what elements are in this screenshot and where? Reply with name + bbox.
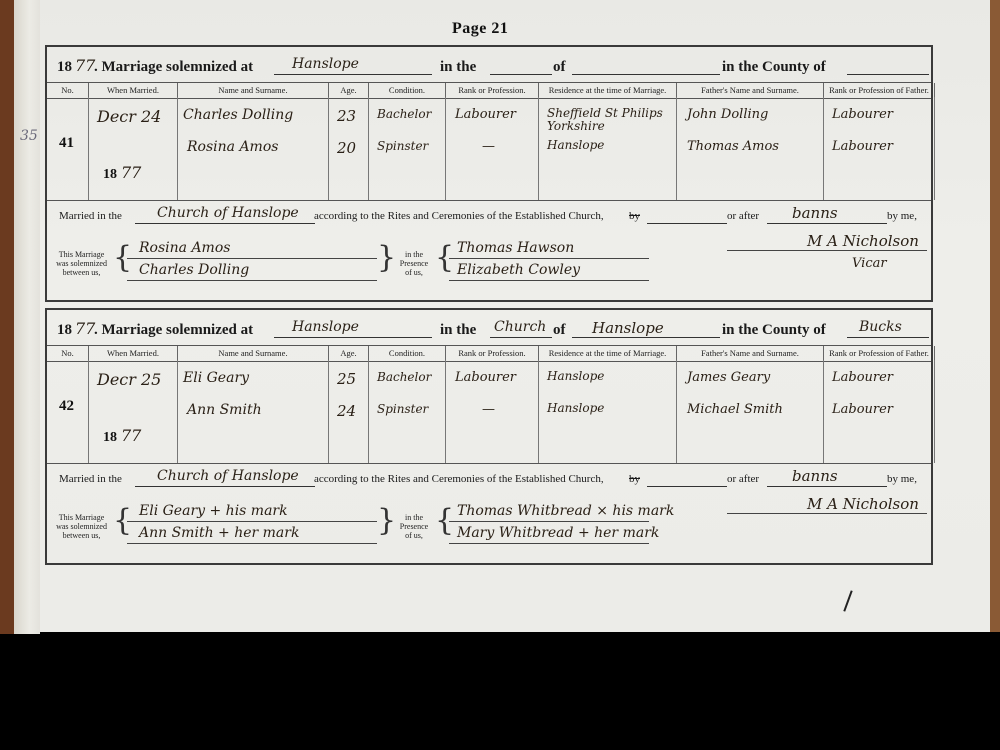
presence-label: in thePresenceof us, (394, 250, 434, 277)
column-header: When Married. (89, 346, 178, 361)
officiant-signature: M A Nicholson (807, 495, 919, 513)
year-suffix: 77 (75, 56, 95, 75)
signature-witness: Thomas Whitbread × his mark (457, 503, 674, 519)
solemnized-label: . Marriage solemnized at (94, 322, 253, 339)
column-header: Father's Name and Surname. (677, 83, 824, 98)
when-married: Decr 24 (97, 107, 161, 126)
county-label: in the County of (722, 322, 826, 339)
of-label: of (553, 322, 566, 339)
father-rank: Labourer (832, 402, 893, 417)
person-residence: Hanslope (547, 139, 675, 152)
signature-witness: Elizabeth Cowley (457, 262, 580, 278)
column-header: Condition. (369, 346, 446, 361)
by-me-label: by me, (887, 473, 917, 485)
page-edge (990, 0, 1000, 632)
year-prefix: 18 (57, 59, 72, 76)
signature-couple: Rosina Amos (139, 240, 230, 256)
entry-rows: 42Decr 251877Eli Geary25BachelorLabourer… (47, 360, 931, 464)
column-header: Age. (329, 83, 369, 98)
when-year-suffix: 77 (121, 426, 141, 445)
year-prefix: 18 (57, 322, 72, 339)
person-condition: Bachelor (377, 107, 431, 121)
in-the-value: Church (494, 319, 546, 335)
column-header: Residence at the time of Marriage. (539, 346, 677, 361)
person-condition: Spinster (377, 139, 428, 153)
column-header: Residence at the time of Marriage. (539, 83, 677, 98)
signature-couple: Charles Dolling (139, 262, 249, 278)
margin-note: 35 (20, 128, 38, 144)
person-rank: Labourer (455, 107, 516, 122)
when-year-prefix: 18 (103, 430, 117, 446)
signature-witness: Mary Whitbread + her mark (457, 525, 659, 541)
banns-value: banns (792, 467, 838, 485)
person-age: 25 (337, 370, 356, 388)
officiant-title: Vicar (852, 256, 887, 271)
column-header: Father's Name and Surname. (677, 346, 824, 361)
county-value: Bucks (859, 319, 902, 335)
signature-couple: Eli Geary + his mark (139, 503, 288, 519)
or-after-label: or after (727, 210, 759, 222)
column-header: Rank or Profession of Father. (824, 346, 935, 361)
person-age: 20 (337, 139, 356, 157)
father-name: John Dolling (687, 107, 768, 122)
father-rank: Labourer (832, 139, 893, 154)
banns-value: banns (792, 204, 838, 222)
signature-block: This Marriagewas solemnizedbetween us,{R… (47, 228, 931, 302)
person-rank: — (482, 402, 495, 417)
entry-header: 1877. Marriage solemnized atHanslopein t… (47, 310, 931, 345)
solemnized-between-label: This Marriagewas solemnizedbetween us, (49, 513, 114, 540)
person-condition: Spinster (377, 402, 428, 416)
person-rank: — (482, 139, 495, 154)
person-name: Ann Smith (187, 402, 262, 418)
solemnized-between-label: This Marriagewas solemnizedbetween us, (49, 250, 114, 277)
page-title: Page 21 (452, 20, 508, 38)
entry-number: 41 (59, 135, 74, 152)
of-value: Hanslope (592, 319, 664, 337)
person-name: Charles Dolling (183, 107, 293, 123)
column-header: Rank or Profession. (446, 83, 539, 98)
book-gutter (14, 0, 40, 634)
place-value: Hanslope (292, 319, 359, 335)
signature-witness: Thomas Hawson (457, 240, 574, 256)
marriage-entry: 1877. Marriage solemnized atHanslopein t… (45, 308, 933, 565)
signature-block: This Marriagewas solemnizedbetween us,{E… (47, 491, 931, 565)
entry-header: 1877. Marriage solemnized atHanslopein t… (47, 47, 931, 82)
presence-label: in thePresenceof us, (394, 513, 434, 540)
column-header: Name and Surname. (178, 346, 329, 361)
in-the-label: in the (440, 59, 476, 76)
column-header: When Married. (89, 83, 178, 98)
column-header: No. (47, 346, 89, 361)
signature-couple: Ann Smith + her mark (139, 525, 299, 541)
column-header: No. (47, 83, 89, 98)
column-header: Name and Surname. (178, 83, 329, 98)
officiant-signature: M A Nicholson (807, 232, 919, 250)
column-header: Rank or Profession. (446, 346, 539, 361)
book-binding (0, 0, 14, 634)
married-in-row: Married in theChurch of Hanslopeaccordin… (47, 200, 931, 228)
person-name: Rosina Amos (187, 139, 278, 155)
column-header: Condition. (369, 83, 446, 98)
person-residence: Hanslope (547, 402, 675, 415)
person-rank: Labourer (455, 370, 516, 385)
person-age: 23 (337, 107, 356, 125)
marriage-entry: 1877. Marriage solemnized atHanslopein t… (45, 45, 933, 302)
person-residence: Sheffield St Philips Yorkshire (547, 107, 675, 133)
married-in-label: Married in the (59, 210, 122, 222)
father-name: James Geary (687, 370, 770, 385)
or-after-label: or after (727, 473, 759, 485)
married-in-value: Church of Hanslope (157, 468, 299, 484)
married-in-row: Married in theChurch of Hanslopeaccordin… (47, 463, 931, 491)
when-year-prefix: 18 (103, 167, 117, 183)
column-header: Rank or Profession of Father. (824, 83, 935, 98)
person-condition: Bachelor (377, 370, 431, 384)
married-in-label: Married in the (59, 473, 122, 485)
of-label: of (553, 59, 566, 76)
entry-number: 42 (59, 398, 74, 415)
when-year-suffix: 77 (121, 163, 141, 182)
person-name: Eli Geary (183, 370, 249, 386)
rites-label: according to the Rites and Ceremonies of… (314, 473, 604, 485)
married-in-value: Church of Hanslope (157, 205, 299, 221)
person-age: 24 (337, 402, 356, 420)
year-suffix: 77 (75, 319, 95, 338)
column-header: Age. (329, 346, 369, 361)
by-label: by (629, 473, 640, 485)
person-residence: Hanslope (547, 370, 675, 383)
father-rank: Labourer (832, 107, 893, 122)
place-value: Hanslope (292, 56, 359, 72)
father-name: Michael Smith (687, 402, 783, 417)
when-married: Decr 25 (97, 370, 161, 389)
entry-rows: 41Decr 241877Charles Dolling23BachelorLa… (47, 97, 931, 201)
father-name: Thomas Amos (687, 139, 779, 154)
by-label: by (629, 210, 640, 222)
rites-label: according to the Rites and Ceremonies of… (314, 210, 604, 222)
in-the-label: in the (440, 322, 476, 339)
solemnized-label: . Marriage solemnized at (94, 59, 253, 76)
father-rank: Labourer (832, 370, 893, 385)
by-me-label: by me, (887, 210, 917, 222)
county-label: in the County of (722, 59, 826, 76)
